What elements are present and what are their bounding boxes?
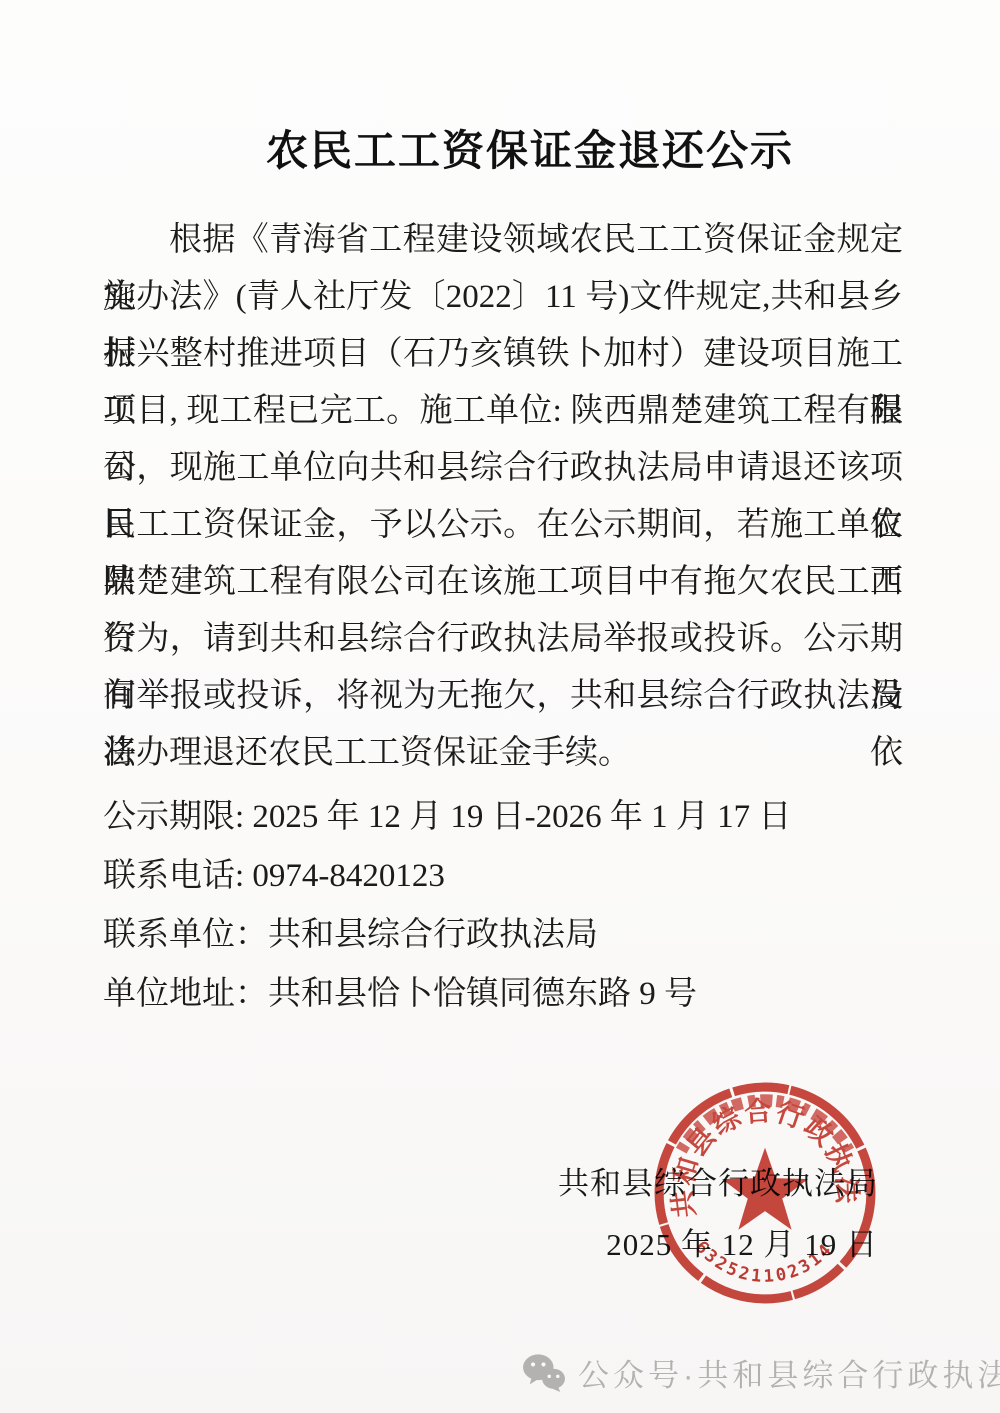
document-title: 农民工工资保证金退还公示	[30, 118, 1000, 178]
contact-info-block: 公示期限: 2025 年 12 月 19 日-2026 年 1 月 17 日 联…	[103, 788, 903, 1024]
official-seal: 共和县综合行政执法局 6325211023147	[648, 1076, 882, 1310]
contact-phone-line: 联系电话: 0974-8420123	[103, 847, 903, 906]
body-line: 鼎楚建筑工程有限公司在该施工项目中有拖欠农民工工资	[103, 554, 903, 611]
contact-unit-line: 联系单位：共和县综合行政执法局	[103, 906, 903, 965]
publicity-period-line: 公示期限: 2025 年 12 月 19 日-2026 年 1 月 17 日	[103, 788, 903, 847]
notice-body-paragraph: 根据《青海省工程建设领域农民工工资保证金规定实 施办法》(青人社厅发〔2022〕…	[103, 212, 903, 782]
body-line: 根据《青海省工程建设领域农民工工资保证金规定实	[103, 212, 903, 269]
body-line: 行为，请到共和县综合行政执法局举报或投诉。公示期间没	[103, 611, 903, 668]
wechat-account-footer: 公众号·共和县综合行政执法局	[522, 1350, 1000, 1395]
scanned-notice-document: 农民工工资保证金退还公示 根据《青海省工程建设领域农民工工资保证金规定实 施办法…	[0, 0, 1000, 1413]
unit-address-line: 单位地址：共和县恰卜恰镇同德东路 9 号	[103, 965, 903, 1024]
footer-account-label: 公众号·共和县综合行政执法局	[578, 1350, 1000, 1395]
body-line: 项目, 现工程已完工。施工单位: 陕西鼎楚建筑工程有限公	[103, 383, 903, 440]
body-line: 有举报或投诉，将视为无拖欠，共和县综合行政执法局将依	[103, 668, 903, 725]
seal-star-icon	[722, 1148, 808, 1230]
body-line: 振兴整村推进项目（石乃亥镇铁卜加村）建设项目施工工程	[103, 326, 903, 383]
wechat-icon	[522, 1353, 566, 1393]
body-line: 司，现施工单位向共和县综合行政执法局申请退还该项目农	[103, 440, 903, 497]
body-line: 施办法》(青人社厅发〔2022〕11 号)文件规定,共和县乡村	[103, 269, 903, 326]
body-line: 民工工资保证金，予以公示。在公示期间，若施工单位陕西	[103, 497, 903, 554]
